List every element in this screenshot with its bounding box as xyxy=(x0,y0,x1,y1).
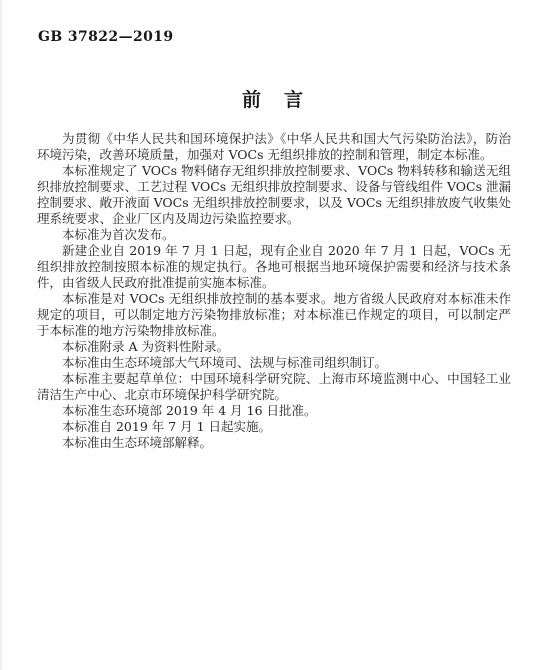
paragraph: 本标准附录 A 为资料性附录。 xyxy=(37,339,511,355)
paragraph: 本标准由生态环境部大气环境司、法规与标准司组织制订。 xyxy=(37,355,511,371)
paragraph: 本标准自 2019 年 7 月 1 日起实施。 xyxy=(37,419,511,435)
paragraph: 本标准生态环境部 2019 年 4 月 16 日批准。 xyxy=(37,403,511,419)
paragraph: 本标准主要起草单位：中国环境科学研究院、上海市环境监测中心、中国轻工业清洁生产中… xyxy=(37,371,511,403)
paragraph: 本标准是对 VOCs 无组织排放控制的基本要求。地方省级人民政府对本标准未作规定… xyxy=(37,291,511,339)
document-page: GB 37822—2019 前 言 为贯彻《中华人民共和国环境保护法》《中华人民… xyxy=(0,0,547,670)
standard-number: GB 37822—2019 xyxy=(38,29,174,45)
page-title: 前 言 xyxy=(0,85,547,112)
paragraph: 本标准规定了 VOCs 物料储存无组织排放控制要求、VOCs 物料转移和输送无组… xyxy=(37,163,511,227)
paragraph: 新建企业自 2019 年 7 月 1 日起，现有企业自 2020 年 7 月 1… xyxy=(37,243,511,291)
paragraph: 为贯彻《中华人民共和国环境保护法》《中华人民共和国大气污染防治法》，防治环境污染… xyxy=(37,131,511,163)
paragraph: 本标准由生态环境部解释。 xyxy=(37,435,511,451)
paragraph: 本标准为首次发布。 xyxy=(37,227,511,243)
foreword-body: 为贯彻《中华人民共和国环境保护法》《中华人民共和国大气污染防治法》，防治环境污染… xyxy=(37,131,511,451)
